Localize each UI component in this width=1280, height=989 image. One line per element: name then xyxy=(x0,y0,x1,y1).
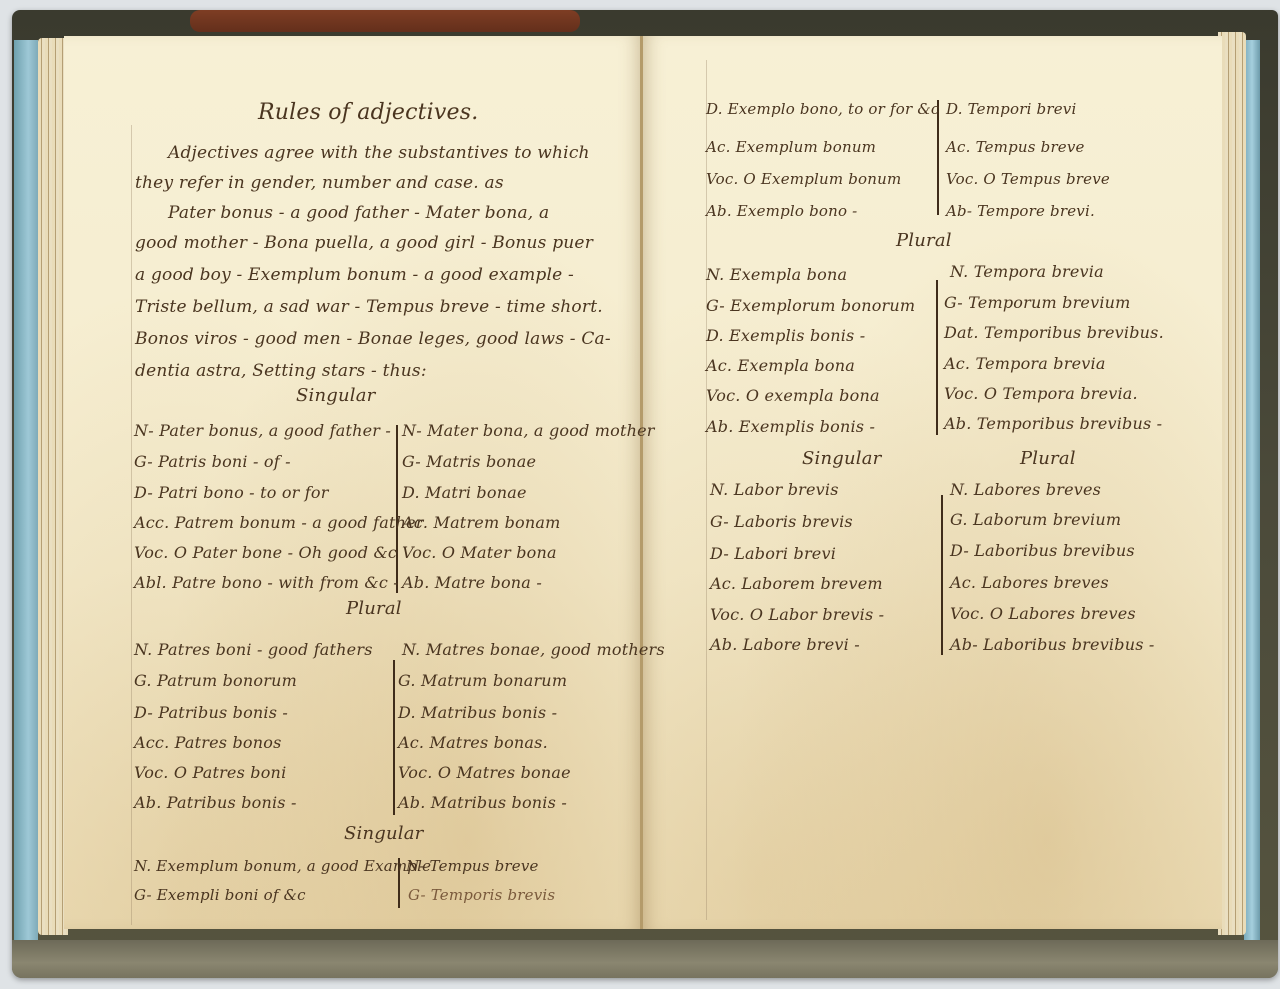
intro-line: Bonos viros - good men - Bonae leges, go… xyxy=(135,329,611,349)
intro-line: dentia astra, Setting stars - thus: xyxy=(135,361,427,381)
declension-row: Voc. O exempla bona xyxy=(706,386,880,405)
declension-row: Ac. Tempus breve xyxy=(946,138,1085,156)
declension-row: G- Laboris brevis xyxy=(710,512,853,531)
declension-row: N- Pater bonus, a good father - xyxy=(134,421,391,440)
declension-row: G- Matris bonae xyxy=(402,452,536,471)
declension-row: Ab. Matribus bonis - xyxy=(398,793,567,812)
declension-row: Voc. O Exemplum bonum xyxy=(706,170,901,188)
declension-row: Ab. Exemplis bonis - xyxy=(706,417,875,436)
section-heading-plural: Plural xyxy=(1020,448,1076,469)
declension-row: N. Matres bonae, good mothers xyxy=(402,640,665,659)
declension-row: G- Exempli boni of &c xyxy=(134,886,306,904)
declension-row: G. Laborum brevium xyxy=(950,510,1121,529)
declension-row: Abl. Patre bono - with from &c - xyxy=(134,573,399,592)
declension-row: N. Tempora brevia xyxy=(950,262,1104,281)
page-edges-right xyxy=(1218,32,1246,935)
column-divider xyxy=(936,280,938,435)
section-heading-plural: Plural xyxy=(346,598,402,619)
declension-row: G. Patrum bonorum xyxy=(134,671,297,690)
declension-row: N. Labores breves xyxy=(950,480,1101,499)
declension-row: Voc. O Pater bone - Oh good &c xyxy=(134,543,397,562)
declension-row: Voc. O Labores breves xyxy=(950,604,1136,623)
declension-row: Ac. Exempla bona xyxy=(706,356,855,375)
declension-row: Ab. Patribus bonis - xyxy=(134,793,297,812)
left-margin-rule xyxy=(131,125,132,925)
endpaper-right xyxy=(1244,40,1260,940)
declension-row: Ab- Laboribus brevibus - xyxy=(950,635,1155,654)
declension-row: Ab. Labore brevi - xyxy=(710,635,860,654)
declension-row: D. Exemplis bonis - xyxy=(706,326,865,345)
declension-row: Ab. Temporibus brevibus - xyxy=(944,414,1162,433)
declension-row: Voc. O Mater bona xyxy=(402,543,557,562)
declension-row: Voc. O Matres bonae xyxy=(398,763,571,782)
declension-row: Acc. Patres bonos xyxy=(134,733,282,752)
declension-row: Voc. O Tempus breve xyxy=(946,170,1110,188)
declension-row: Ac. Matrem bonam xyxy=(402,513,561,532)
cover-bottom-edge xyxy=(12,940,1278,978)
declension-row: Ab- Tempore brevi. xyxy=(946,202,1095,220)
declension-row: G- Temporum brevium xyxy=(944,293,1131,312)
declension-row: D- Labori brevi xyxy=(710,544,836,563)
intro-line: Pater bonus - a good father - Mater bona… xyxy=(168,203,549,223)
declension-row: N. Exempla bona xyxy=(706,265,847,284)
declension-row: G- Exemplorum bonorum xyxy=(706,296,915,315)
section-heading-plural: Plural xyxy=(896,230,952,251)
declension-row: Ab. Matre bona - xyxy=(402,573,542,592)
declension-row: D. Tempori brevi xyxy=(946,100,1076,118)
declension-row: D. Exemplo bono, to or for &c xyxy=(706,100,939,118)
section-heading-singular: Singular xyxy=(296,385,376,406)
declension-row: D- Patri bono - to or for xyxy=(134,483,329,502)
declension-row: G. Matrum bonarum xyxy=(398,671,567,690)
section-heading-singular: Singular xyxy=(802,448,882,469)
declension-row: Voc. O Labor brevis - xyxy=(710,605,884,624)
declension-row: N- Tempus breve xyxy=(406,857,539,875)
right-margin-rule xyxy=(706,60,707,920)
declension-row: Ac. Tempora brevia xyxy=(944,354,1106,373)
declension-row: N. Exemplum bonum, a good Example xyxy=(134,857,431,875)
column-divider xyxy=(941,495,943,655)
declension-row: G- Patris boni - of - xyxy=(134,452,291,471)
declension-row: N. Labor brevis xyxy=(710,480,839,499)
declension-row: Voc. O Tempora brevia. xyxy=(944,384,1138,403)
declension-row: Voc. O Patres boni xyxy=(134,763,286,782)
intro-line: Triste bellum, a sad war - Tempus breve … xyxy=(135,297,603,317)
intro-line: good mother - Bona puella, a good girl -… xyxy=(135,233,593,253)
declension-row: D. Matribus bonis - xyxy=(398,703,557,722)
declension-row: Ac. Labores breves xyxy=(950,573,1109,592)
declension-row: Ab. Exemplo bono - xyxy=(706,202,857,220)
spine-top xyxy=(190,10,580,32)
declension-row: D. Matri bonae xyxy=(402,483,527,502)
declension-row: D- Laboribus brevibus xyxy=(950,541,1135,560)
declension-row: Acc. Patrem bonum - a good father xyxy=(134,513,424,532)
declension-row: Ac. Exemplum bonum xyxy=(706,138,876,156)
page-title: Rules of adjectives. xyxy=(258,100,478,125)
declension-row: Ac. Matres bonas. xyxy=(398,733,548,752)
column-divider xyxy=(396,425,398,593)
column-divider xyxy=(393,660,395,815)
section-heading-singular: Singular xyxy=(344,823,424,844)
declension-row: G- Temporis brevis xyxy=(408,886,555,904)
declension-row: Ac. Laborem brevem xyxy=(710,574,883,593)
intro-line: Adjectives agree with the substantives t… xyxy=(168,143,590,163)
declension-row: N. Patres boni - good fathers xyxy=(134,640,373,659)
intro-line: a good boy - Exemplum bonum - a good exa… xyxy=(135,265,574,285)
declension-row: D- Patribus bonis - xyxy=(134,703,288,722)
gutter xyxy=(640,36,643,929)
declension-row: Dat. Temporibus brevibus. xyxy=(944,323,1164,342)
endpaper-left xyxy=(14,40,38,940)
intro-line: they refer in gender, number and case. a… xyxy=(135,173,504,193)
declension-row: N- Mater bona, a good mother xyxy=(402,421,655,440)
